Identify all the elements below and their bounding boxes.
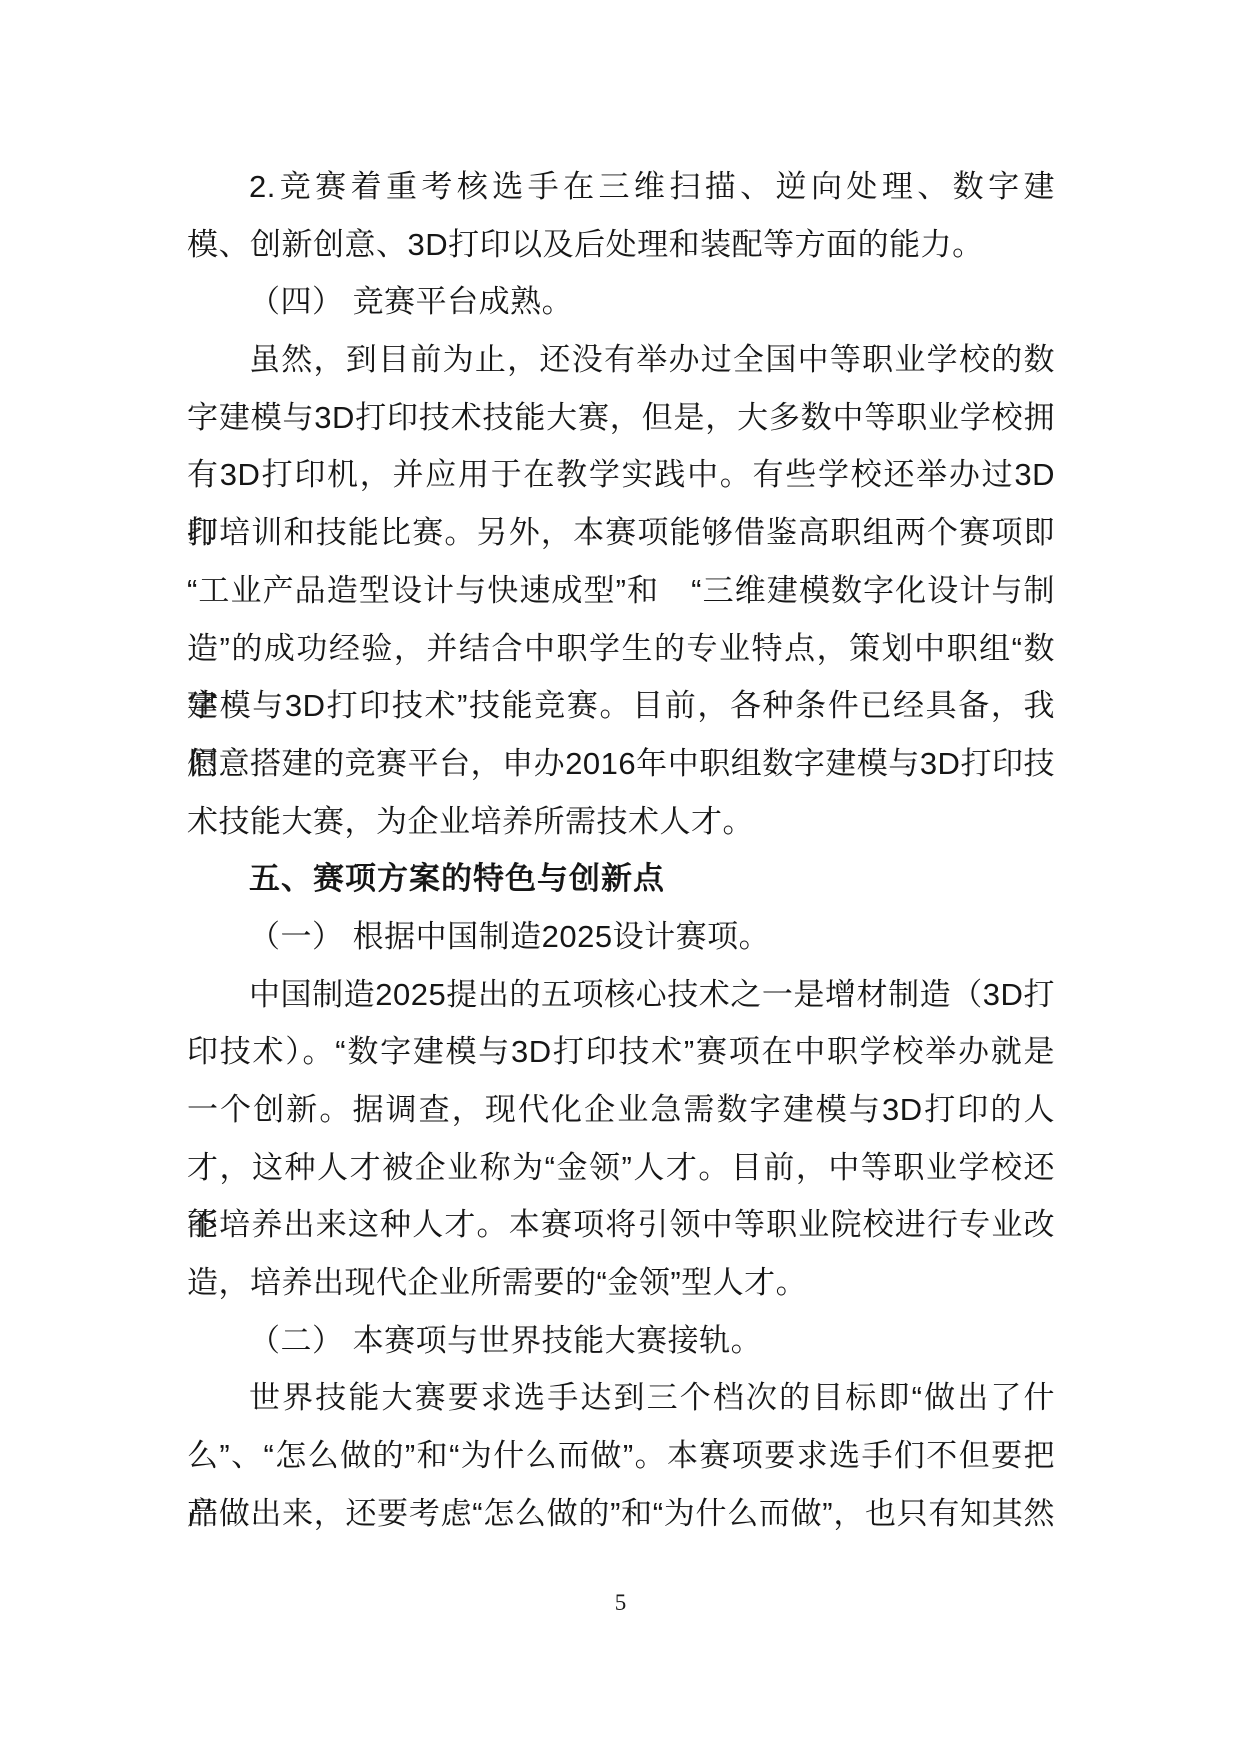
text-line: 品做出来，还要考虑“怎么做的”和“为什么而做”，也只有知其然 [187,1485,1055,1543]
text-line: （四） 竞赛平台成熟。 [187,273,1055,331]
text-line: “工业产品造型设计与快速成型”和 “三维建模数字化设计与制 [187,562,1055,620]
text-line: 术技能大赛，为企业培养所需技术人才。 [187,793,1055,851]
text-line: 虽然，到目前为止，还没有举办过全国中等职业学校的数 [187,331,1055,389]
text-line: 中国制造2025提出的五项核心技术之一是增材制造（3D打 [187,966,1055,1024]
document-body: 2.竞赛着重考核选手在三维扫描、逆向处理、数字建模、创新创意、3D打印以及后处理… [187,158,1055,1543]
text-line: 才，这种人才被企业称为“金领”人才。目前，中等职业学校还不 [187,1139,1055,1197]
text-line: 有3D打印机，并应用于在教学实践中。有些学校还举办过3D打 [187,446,1055,504]
text-line: 印培训和技能比赛。另外，本赛项能够借鉴高职组两个赛项即 [187,504,1055,562]
text-line: （一） 根据中国制造2025设计赛项。 [187,908,1055,966]
text-line: 2.竞赛着重考核选手在三维扫描、逆向处理、数字建 [187,158,1055,216]
text-line: 造”的成功经验，并结合中职学生的专业特点，策划中职组“数字 [187,620,1055,678]
text-line: 愿意搭建的竞赛平台，申办2016年中职组数字建模与3D打印技 [187,735,1055,793]
text-line: 模、创新创意、3D打印以及后处理和装配等方面的能力。 [187,216,1055,274]
text-line: 能培养出来这种人才。本赛项将引领中等职业院校进行专业改 [187,1196,1055,1254]
text-line: （二） 本赛项与世界技能大赛接轨。 [187,1312,1055,1370]
text-line: 字建模与3D打印技术技能大赛，但是，大多数中等职业学校拥 [187,389,1055,447]
text-line: 建模与3D打印技术”技能竞赛。目前，各种条件已经具备，我们 [187,677,1055,735]
text-line: 一个创新。据调查，现代化企业急需数字建模与3D打印的人 [187,1081,1055,1139]
heading-line: 五、赛项方案的特色与创新点 [187,850,1055,908]
text-line: 么”、“怎么做的”和“为什么而做”。本赛项要求选手们不但要把产 [187,1427,1055,1485]
page-number: 5 [0,1590,1241,1616]
text-line: 印技术）。“数字建模与3D打印技术”赛项在中职学校举办就是 [187,1023,1055,1081]
document-page: 2.竞赛着重考核选手在三维扫描、逆向处理、数字建模、创新创意、3D打印以及后处理… [0,0,1241,1754]
text-line: 世界技能大赛要求选手达到三个档次的目标即“做出了什 [187,1369,1055,1427]
text-line: 造，培养出现代企业所需要的“金领”型人才。 [187,1254,1055,1312]
